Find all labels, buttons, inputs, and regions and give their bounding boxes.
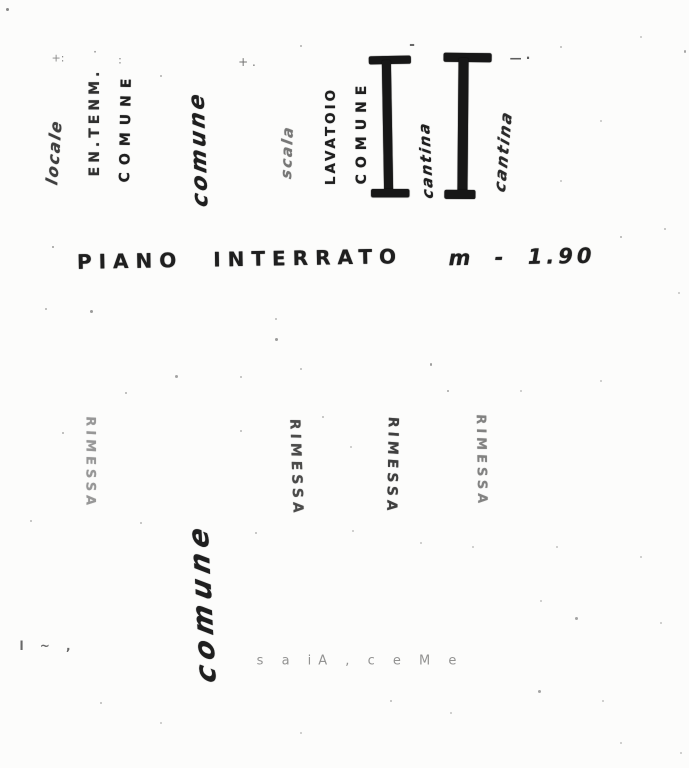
- room-label-scala: scala: [277, 124, 297, 180]
- ink-speck: [640, 556, 642, 558]
- ink-speck: [560, 180, 562, 182]
- ink-speck: [52, 246, 54, 248]
- ink-speck: [6, 8, 9, 11]
- room-label-comune-cursive-bottom: comune: [181, 519, 223, 685]
- ink-mark: ·: [93, 45, 97, 59]
- faded-text-fragment-middle: s a iA , c e M e: [257, 654, 464, 669]
- ink-speck: [160, 722, 162, 724]
- ink-speck: [450, 712, 452, 714]
- ink-mark: -: [409, 37, 415, 53]
- ink-speck: [602, 700, 604, 702]
- plan-elevation: m - 1.90: [448, 244, 595, 271]
- ink-speck: [160, 75, 162, 77]
- ink-speck: [275, 318, 277, 320]
- ink-mark: +:: [52, 52, 65, 65]
- ink-speck: [255, 532, 257, 534]
- ink-speck: [556, 546, 558, 548]
- ink-speck: [600, 380, 602, 382]
- ink-speck: [300, 732, 302, 734]
- ink-speck: [447, 390, 449, 392]
- ink-speck: [430, 363, 432, 366]
- ink-speck: [240, 376, 242, 378]
- ink-mark: — ·: [510, 51, 531, 65]
- ink-speck: [125, 392, 127, 394]
- ibeam-column-icon: [369, 56, 413, 198]
- room-label-cantina-2: cantina: [490, 107, 516, 194]
- ink-speck: [300, 45, 302, 47]
- ink-speck: [620, 236, 622, 238]
- ink-speck: [660, 622, 662, 624]
- room-label-rimessa-4: RIMESSA: [473, 413, 490, 508]
- ink-speck: [640, 36, 642, 38]
- scanned-plan-page: locale EN.TENM. COMUNE comune scala LAVA…: [0, 0, 689, 768]
- room-label-locale: locale: [42, 117, 65, 187]
- faded-text-fragment-left: l ~ ,: [19, 639, 76, 653]
- ink-speck: [62, 432, 64, 434]
- room-label-comune-2: COMUNE: [354, 80, 370, 185]
- ink-speck: [575, 617, 578, 620]
- ink-speck: [678, 292, 680, 294]
- ink-speck: [30, 520, 32, 522]
- room-label-en-tenm: EN.TENM.: [87, 68, 103, 177]
- ink-speck: [420, 542, 422, 544]
- room-label-rimessa-3: RIMESSA: [383, 416, 401, 516]
- ink-speck: [350, 446, 352, 448]
- room-label-rimessa-2: RIMESSA: [286, 418, 305, 519]
- ink-speck: [90, 310, 93, 313]
- ink-speck: [560, 46, 562, 48]
- room-label-lavatoio: LAVATOIO: [323, 87, 339, 185]
- ink-speck: [540, 600, 542, 602]
- ink-speck: [664, 228, 666, 230]
- ink-speck: [520, 390, 522, 392]
- ink-speck: [45, 308, 47, 310]
- ink-speck: [140, 522, 142, 524]
- ink-speck: [240, 430, 242, 432]
- ink-speck: [390, 700, 392, 702]
- ink-speck: [538, 690, 541, 693]
- room-label-comune-cursive-top: comune: [184, 89, 213, 209]
- ink-speck: [684, 50, 686, 53]
- room-label-cantina-1: cantina: [415, 120, 437, 200]
- ink-speck: [352, 530, 354, 532]
- ink-mark: + .: [238, 55, 256, 69]
- ink-speck: [472, 546, 474, 548]
- ibeam-column-icon: [442, 53, 491, 199]
- ink-speck: [322, 416, 324, 418]
- ink-speck: [100, 702, 102, 704]
- ink-speck: [600, 120, 602, 122]
- plan-title: PIANO INTERRATO: [77, 244, 404, 274]
- ink-speck: [275, 338, 278, 341]
- ink-speck: [175, 375, 178, 378]
- ink-mark: :: [118, 54, 122, 67]
- room-label-rimessa-1: RIMESSA: [83, 415, 98, 510]
- ink-speck: [680, 752, 682, 754]
- ink-speck: [300, 368, 302, 370]
- ink-speck: [620, 742, 622, 744]
- room-label-comune-1: COMUNE: [117, 71, 135, 182]
